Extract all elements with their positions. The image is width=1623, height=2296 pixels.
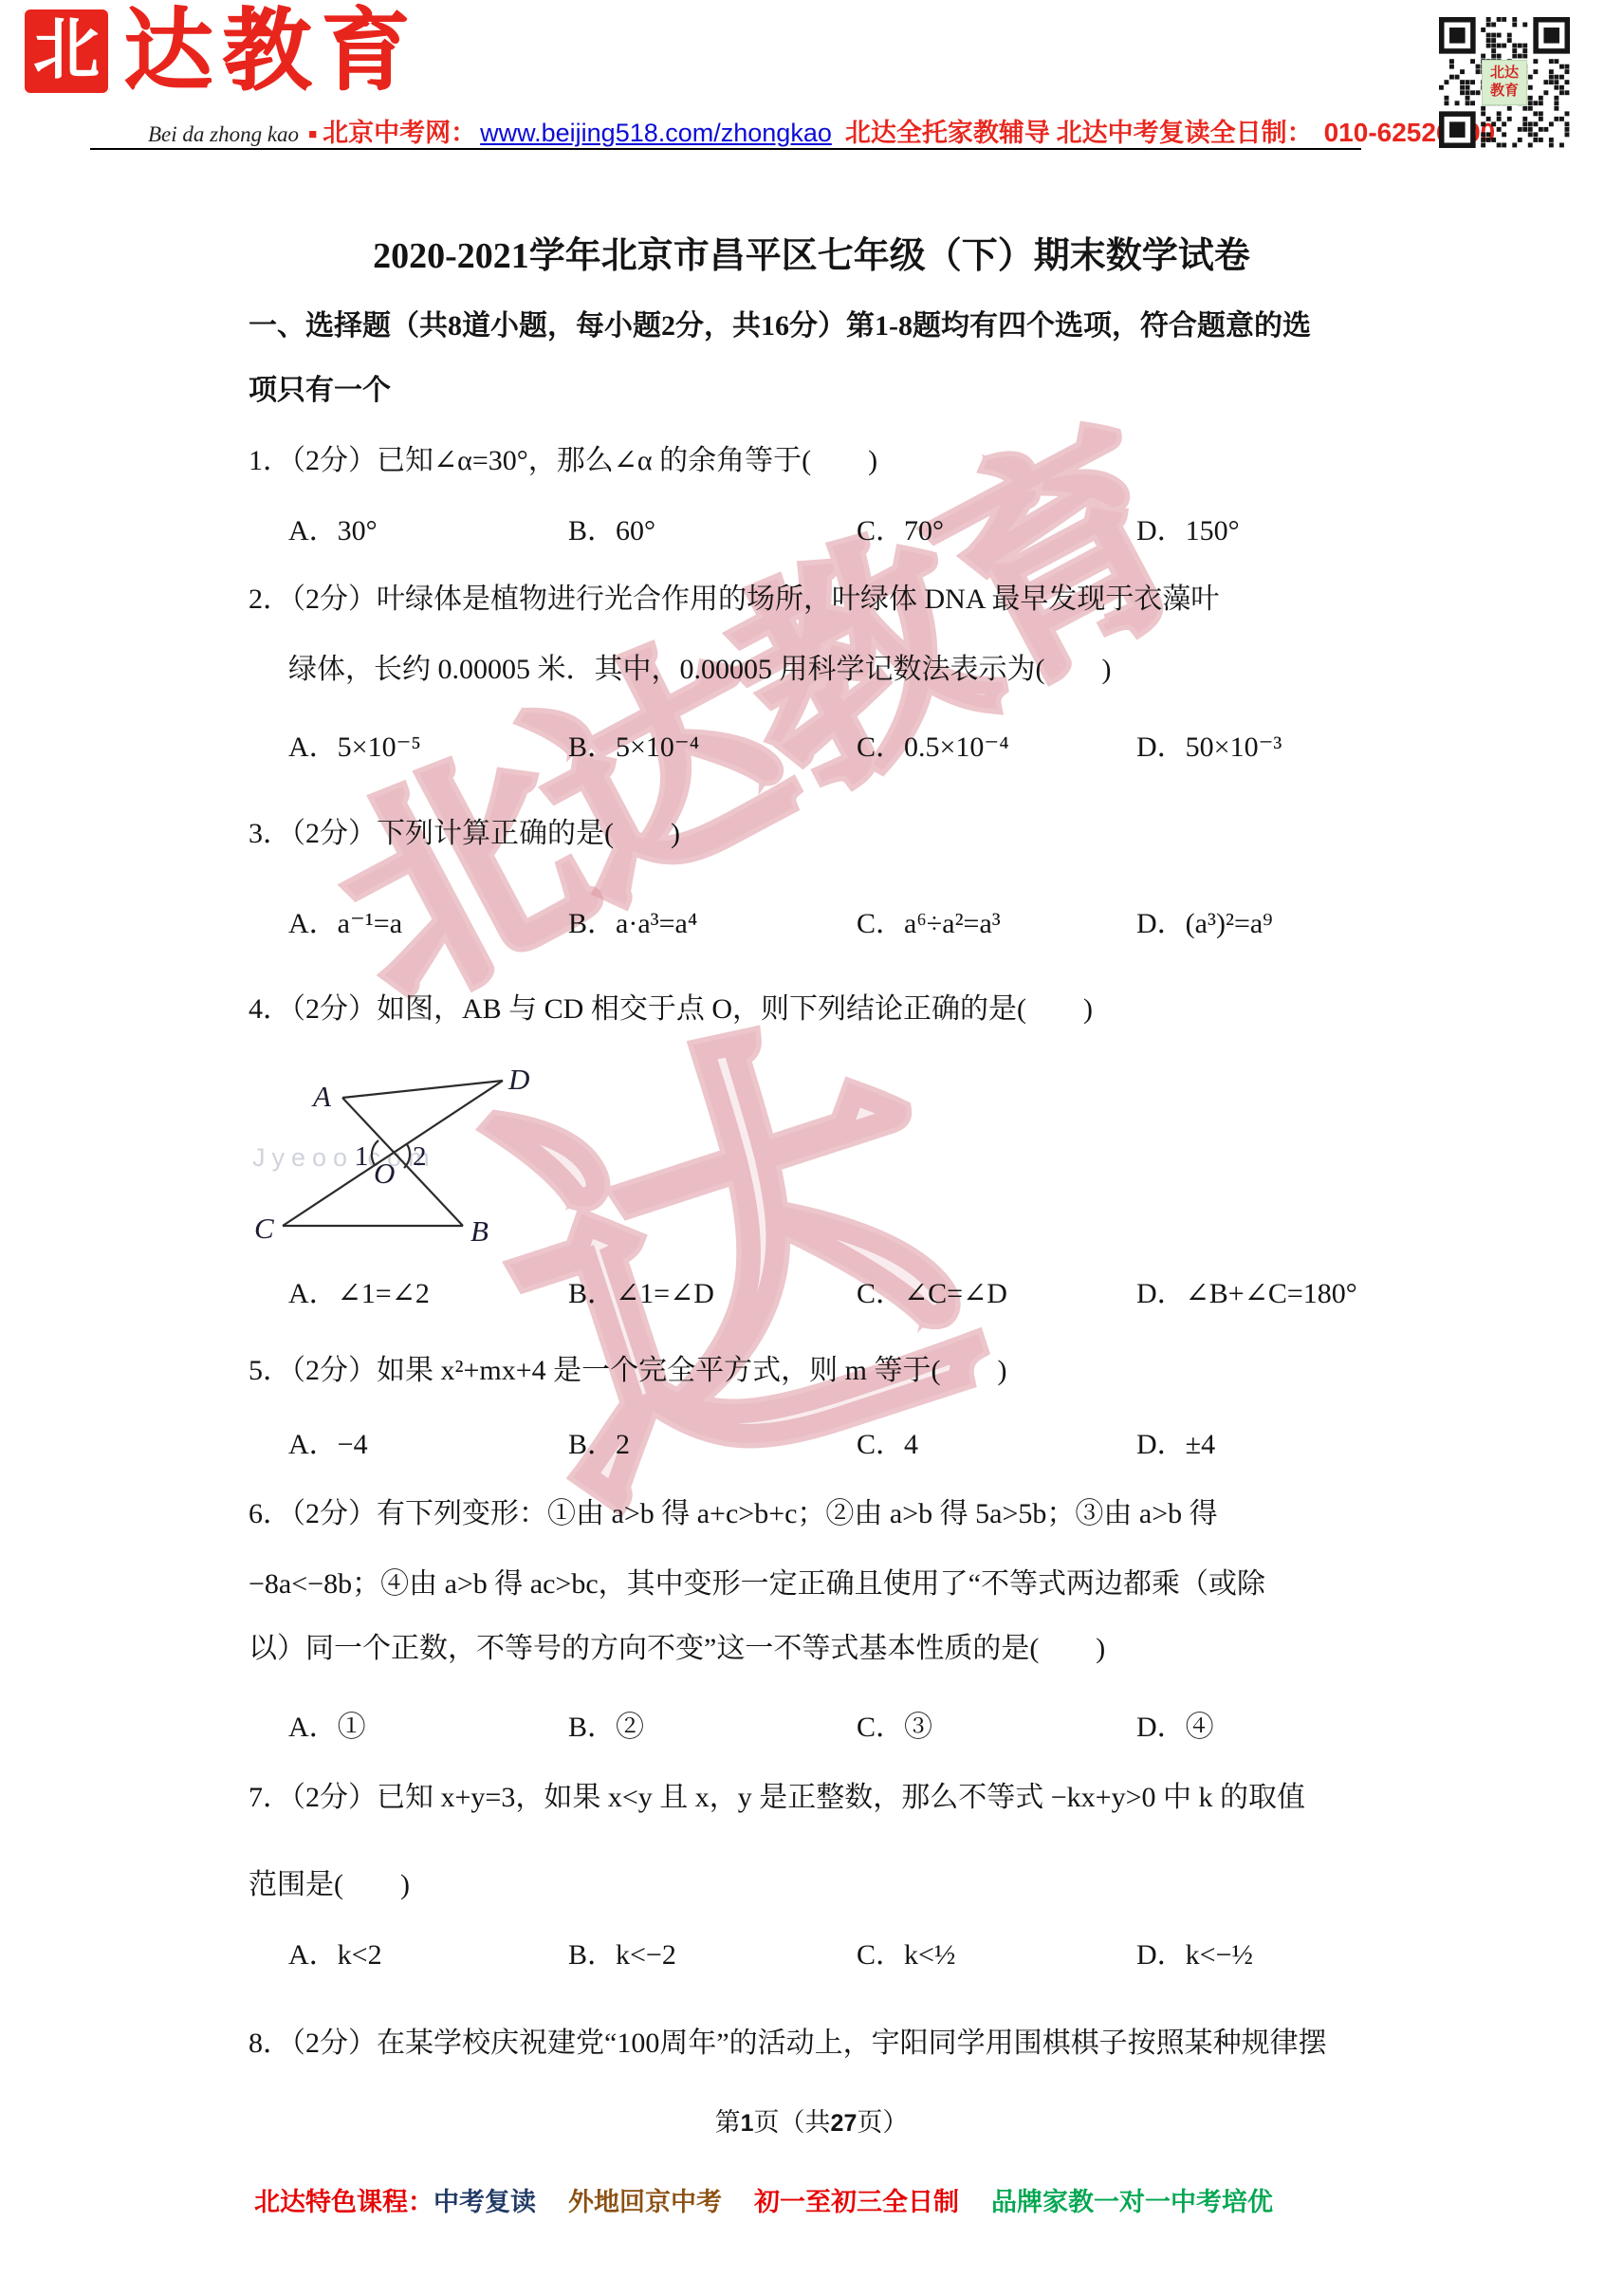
question-7-text2: 范围是( ) (249, 1861, 410, 1902)
geometry-diagram: A D C B O 1 2 (218, 1044, 598, 1271)
question-7-options: A．k<2 B．k<−2 C．k<½ D．k<−½ (288, 1931, 1512, 1972)
tagline-pinyin: Bei da zhong kao (148, 122, 299, 147)
option-c: C．k<½ (857, 1931, 1136, 1972)
question-1-options: A．30° B．60° C．70° D．150° (288, 507, 1512, 548)
option-a: A．a⁻¹=a (288, 899, 568, 941)
option-d: D．(a³)²=a⁹ (1136, 899, 1512, 941)
qr-center-logo: 北达 教育 (1482, 60, 1527, 105)
promo-footer: 北达特色课程：中考复读外地回京中考初一至初三全日制品牌家教一对一中考培优 (254, 2181, 1273, 2218)
page-title: 2020-2021学年北京市昌平区七年级（下）期末数学试卷 (0, 226, 1623, 278)
option-a: A．−4 (288, 1420, 568, 1462)
qr-code: 北达 教育 (1439, 17, 1570, 148)
question-1-text: 1．（2分）已知∠α=30°，那么∠α 的余角等于( ) (249, 436, 877, 478)
option-a: A．∠1=∠2 (288, 1269, 568, 1311)
option-c: C．∠C=∠D (857, 1269, 1136, 1311)
section-header-line2: 项只有一个 (249, 366, 391, 408)
promo-label: 北达特色课程： (254, 2188, 433, 2216)
option-b: B．∠1=∠D (568, 1269, 857, 1311)
question-7-text: 7．（2分）已知 x+y=3，如果 x<y 且 x，y 是正整数，那么不等式 −… (249, 1773, 1305, 1815)
figure-label-A: A (311, 1080, 332, 1113)
option-c: C．③ (857, 1703, 1136, 1745)
question-6-options: A．① B．② C．③ D．④ (288, 1703, 1512, 1745)
figure-label-D: D (507, 1063, 529, 1096)
question-5-options: A．−4 B．2 C．4 D．±4 (288, 1420, 1512, 1462)
option-a: A．5×10⁻⁵ (288, 723, 568, 765)
site-label: 北京中考网： (323, 112, 476, 149)
page-number: 第1页（共27页） (0, 2102, 1623, 2139)
question-6-text3: 以）同一个正数，不等号的方向不变”这一不等式基本性质的是( ) (249, 1624, 1105, 1666)
option-c: C．0.5×10⁻⁴ (857, 723, 1136, 765)
option-b: B．2 (568, 1420, 857, 1462)
question-2-options: A．5×10⁻⁵ B．5×10⁻⁴ C．0.5×10⁻⁴ D．50×10⁻³ (288, 723, 1512, 765)
figure-angle-1: 1 (355, 1141, 369, 1172)
header-tagline: Bei da zhong kao ■ 北京中考网： www.beijing518… (148, 112, 1495, 149)
logo-text: 达教育 (123, 8, 419, 95)
promo-item-4: 品牌家教一对一中考培优 (991, 2188, 1273, 2216)
option-d: D．k<−½ (1136, 1931, 1512, 1972)
option-d: D．∠B+∠C=180° (1136, 1269, 1512, 1311)
question-5-text: 5．（2分）如果 x²+mx+4 是一个完全平方式，则 m 等于( ) (249, 1346, 1006, 1388)
exam-page: 北达教育 达 Jyeoo.com 北 达教育 Bei da zhong kao … (0, 0, 1623, 2296)
section-header-line1: 一、选择题（共8道小题，每小题2分，共16分）第1-8题均有四个选项，符合题意的… (249, 302, 1311, 343)
option-b: B．② (568, 1703, 857, 1745)
option-d: D．④ (1136, 1703, 1512, 1745)
brand-logo: 北 达教育 (23, 8, 419, 95)
option-b: B．a·a³=a⁴ (568, 899, 857, 941)
services-text: 北达全托家教辅导 北达中考复读全日制： (845, 112, 1313, 149)
promo-item-3: 初一至初三全日制 (754, 2188, 959, 2216)
question-2-text2: 绿体，长约 0.00005 米．其中，0.00005 用科学记数法表示为( ) (288, 645, 1111, 687)
option-c: C．4 (857, 1420, 1136, 1462)
option-a: A．k<2 (288, 1931, 568, 1972)
question-8-text: 8．（2分）在某学校庆祝建党“100周年”的活动上，宇阳同学用围棋棋子按照某种规… (249, 2019, 1327, 2061)
option-d: D．±4 (1136, 1420, 1512, 1462)
header-divider (90, 148, 1361, 150)
question-3-text: 3．（2分）下列计算正确的是( ) (249, 809, 680, 851)
question-3-options: A．a⁻¹=a B．a·a³=a⁴ C．a⁶÷a²=a³ D．(a³)²=a⁹ (288, 899, 1512, 941)
option-c: C．70° (857, 507, 1136, 548)
option-c: C．a⁶÷a²=a³ (857, 899, 1136, 941)
figure-label-O: O (374, 1157, 395, 1190)
option-b: B．5×10⁻⁴ (568, 723, 857, 765)
option-a: A．30° (288, 507, 568, 548)
option-a: A．① (288, 1703, 568, 1745)
question-2-text: 2．（2分）叶绿体是植物进行光合作用的场所，叶绿体 DNA 最早发现于衣藻叶 (249, 575, 1219, 617)
logo-seal-char: 北 (33, 18, 100, 84)
question-4-text: 4．（2分）如图，AB 与 CD 相交于点 O，则下列结论正确的是( ) (249, 985, 1093, 1027)
promo-item-1: 中考复读 (433, 2188, 536, 2216)
question-4-figure: A D C B O 1 2 (218, 1044, 598, 1271)
figure-label-C: C (254, 1212, 274, 1245)
figure-angle-2: 2 (413, 1141, 427, 1172)
option-b: B．60° (568, 507, 857, 548)
figure-label-B: B (470, 1214, 489, 1248)
question-6-text: 6．（2分）有下列变形：①由 a>b 得 a+c>b+c；②由 a>b 得 5a… (249, 1490, 1218, 1531)
option-b: B．k<−2 (568, 1931, 857, 1972)
site-link[interactable]: www.beijing518.com/zhongkao (480, 119, 832, 148)
question-6-text2: −8a<−8b；④由 a>b 得 ac>bc，其中变形一定正确且使用了“不等式两… (249, 1560, 1265, 1602)
bullet-icon: ■ (308, 127, 317, 143)
option-d: D．150° (1136, 507, 1512, 548)
current-page: 1 (741, 2110, 754, 2137)
question-4-options: A．∠1=∠2 B．∠1=∠D C．∠C=∠D D．∠B+∠C=180° (288, 1269, 1512, 1311)
total-pages: 27 (831, 2110, 858, 2137)
logo-seal: 北 (23, 8, 110, 95)
promo-item-2: 外地回京中考 (568, 2188, 722, 2216)
option-d: D．50×10⁻³ (1136, 723, 1512, 765)
